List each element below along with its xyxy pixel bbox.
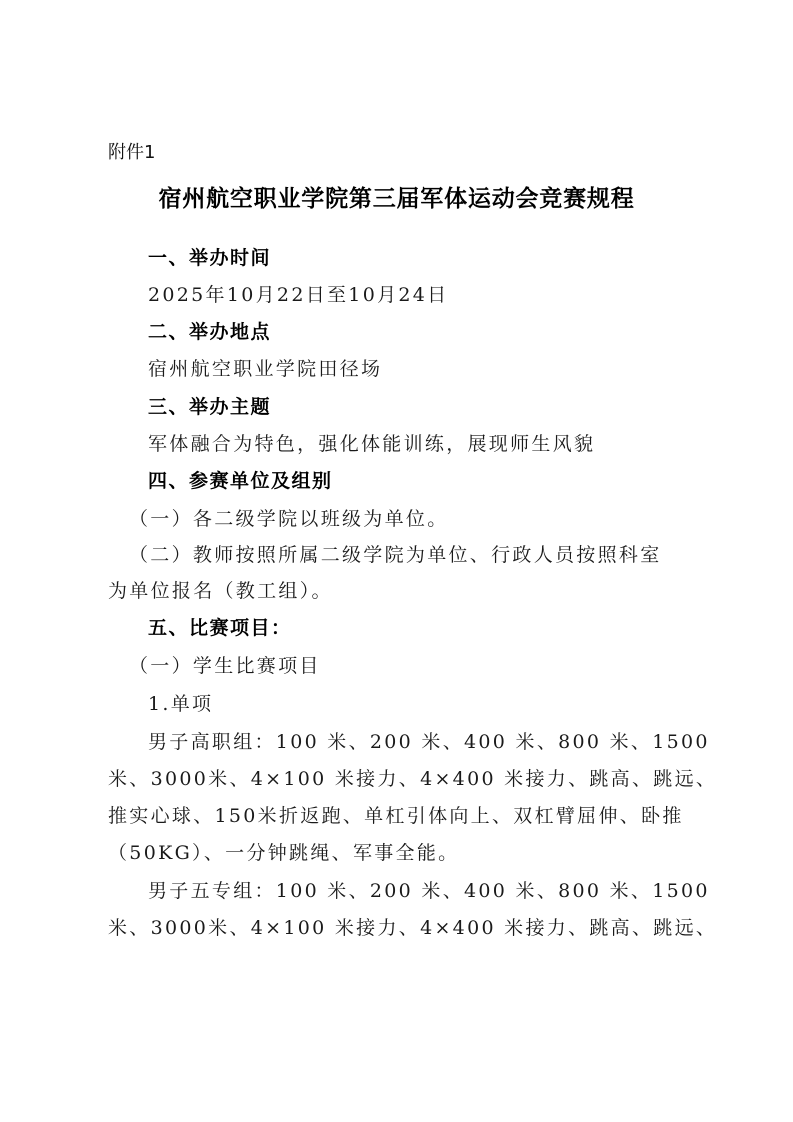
event-location: 宿州航空职业学院田径场 xyxy=(148,357,728,381)
participant-rule-2-cont: 为单位报名（教工组）。 xyxy=(108,579,688,603)
attachment-label: 附件1 xyxy=(108,141,688,165)
event-dates: 2025年10月22日至10月24日 xyxy=(148,283,728,307)
section-heading-theme: 三、举办主题 xyxy=(148,395,728,419)
male-vocational-events-cont-1: 米、3000米、4×100 米接力、4×400 米接力、跳高、跳远、 xyxy=(108,767,688,791)
section-heading-location: 二、举办地点 xyxy=(148,320,728,344)
male-vocational-events-cont-2: 推实心球、150米折返跑、单杠引体向上、双杠臂屈伸、卧推 xyxy=(108,804,688,828)
section-heading-events: 五、比赛项目： xyxy=(148,616,728,640)
section-heading-participants: 四、参赛单位及组别 xyxy=(148,469,728,493)
student-events-heading: （一）学生比赛项目 xyxy=(129,654,709,678)
participant-rule-2: （二）教师按照所属二级学院为单位、行政人员按照科室 xyxy=(129,543,709,567)
event-theme: 军体融合为特色，强化体能训练，展现师生风貌 xyxy=(148,432,728,456)
male-vocational-events-cont-3: （50KG）、一分钟跳绳、军事全能。 xyxy=(108,841,688,865)
section-heading-time: 一、举办时间 xyxy=(148,246,728,270)
participant-rule-1: （一）各二级学院以班级为单位。 xyxy=(129,507,709,531)
document-title: 宿州航空职业学院第三届军体运动会竞赛规程 xyxy=(0,187,793,211)
male-vocational-events: 男子高职组：100 米、200 米、400 米、800 米、1500 xyxy=(148,730,728,754)
individual-events-label: 1.单项 xyxy=(148,692,728,716)
male-five-year-events-cont-1: 米、3000米、4×100 米接力、4×400 米接力、跳高、跳远、 xyxy=(108,916,688,940)
document-page: 附件1 宿州航空职业学院第三届军体运动会竞赛规程 一、举办时间 2025年10月… xyxy=(0,0,793,1122)
male-five-year-events: 男子五专组：100 米、200 米、400 米、800 米、1500 xyxy=(148,879,728,903)
